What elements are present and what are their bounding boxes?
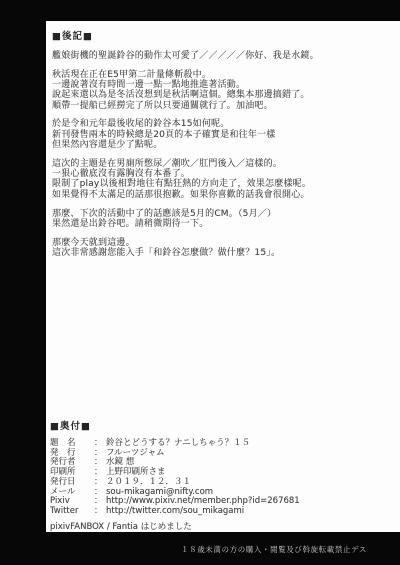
- text-line: 這次的主題是在男廁所憋尿／潮吹／肛門後入／這樣的。: [52, 159, 396, 169]
- afterword-heading: ■後記■: [52, 28, 396, 42]
- text-line: 於是令和元年最後收尾的鈴谷本15如何呢。: [52, 119, 396, 129]
- colophon-rows: 題 名：鈴谷とどうする？ナニしちゃう？１５発 行：フルーツジャム発行者：水鏡 想…: [50, 439, 396, 517]
- text-line: 這次非常感謝您能入手「和鈴谷怎麼做？做什麼？15」。: [52, 248, 396, 258]
- colophon-value: http://twitter.com/sou_mikagami: [106, 507, 244, 517]
- colophon-separator: ：: [94, 507, 106, 517]
- text-line: 說起來還以為是冬活沒想到是秋活啊這個。總集本那邊搞錯了。: [52, 90, 396, 100]
- paragraph: 那麼今天就到這邊。這次非常感謝您能入手「和鈴谷怎麼做？做什麼？15」。: [52, 238, 396, 259]
- text-line: 限制了play以後相對地往有點狂熱的方向走了，效果怎麼樣呢。: [52, 179, 396, 189]
- colophon-row: Twitter：http://twitter.com/sou_mikagami: [50, 507, 396, 517]
- text-line: 如果覺得不太滿足的話那很抱歉。如果你喜歡的話我會很開心。: [52, 190, 396, 200]
- colophon-section: ■奥付■ 題 名：鈴谷とどうする？ナニしちゃう？１５発 行：フルーツジャム発行者…: [50, 418, 396, 532]
- colophon-label: Twitter: [50, 507, 94, 517]
- text-line: 一邊說著沒有時間一邊一點一點地推進著活動。: [52, 80, 396, 90]
- age-disclaimer: １８歳未満の方の購入・閲覧及び斡旋転載禁止デス: [181, 545, 367, 554]
- text-line: 一狠心徹底沒有露胸沒有本番了。: [52, 169, 396, 179]
- colophon-heading: ■奥付■: [50, 418, 396, 432]
- text-line: 那麼今天就到這邊。: [52, 238, 396, 248]
- paragraph: 秋活現在正在E5甲第二計量條斬殺中。一邊說著沒有時間一邊一點一點地推進著活動。說…: [52, 70, 396, 111]
- text-line: 艦娘街機的聖誕鈴谷的動作太可愛了／／／／／你好、我是水鏡。: [52, 51, 396, 61]
- afterword-paragraphs: 艦娘街機的聖誕鈴谷的動作太可愛了／／／／／你好、我是水鏡。秋活現在正在E5甲第二…: [52, 51, 396, 258]
- page-frame: ■後記■ 艦娘街機的聖誕鈴谷的動作太可愛了／／／／／你好、我是水鏡。秋活現在正在…: [0, 0, 400, 565]
- text-line: 果然還是出鈴谷吧。請稍微期待一下。: [52, 219, 396, 229]
- paragraph: 那麼、下次的活動中了的話應該是5月的CM。（5月／）果然還是出鈴谷吧。請稍微期待…: [52, 209, 396, 230]
- paragraph: 這次的主題是在男廁所憋尿／潮吹／肛門後入／這樣的。一狠心徹底沒有露胸沒有本番了。…: [52, 159, 396, 200]
- text-line: 但果然內容還是少了點呢。: [52, 140, 396, 150]
- paragraph: 於是令和元年最後收尾的鈴谷本15如何呢。新刊發售兩本的時候總是20頁的本子確實是…: [52, 119, 396, 150]
- text-line: 那麼、下次的活動中了的話應該是5月的CM。（5月／）: [52, 209, 396, 219]
- text-line: 順帶一提船已經撈完了所以只要通關就行了。加油吧。: [52, 101, 396, 111]
- paragraph: 艦娘街機的聖誕鈴谷的動作太可愛了／／／／／你好、我是水鏡。: [52, 51, 396, 61]
- colophon-footnote: pixivFANBOX / Fantia はじめました: [50, 522, 396, 532]
- text-line: 秋活現在正在E5甲第二計量條斬殺中。: [52, 70, 396, 80]
- footer-bar: １８歳未満の方の購入・閲覧及び斡旋転載禁止デス: [0, 532, 400, 565]
- page-paper: ■後記■ 艦娘街機的聖誕鈴谷的動作太可愛了／／／／／你好、我是水鏡。秋活現在正在…: [46, 21, 400, 532]
- text-line: 新刊發售兩本的時候總是20頁的本子確實是和往年一樣: [52, 130, 396, 140]
- afterword-section: ■後記■ 艦娘街機的聖誕鈴谷的動作太可愛了／／／／／你好、我是水鏡。秋活現在正在…: [52, 28, 396, 258]
